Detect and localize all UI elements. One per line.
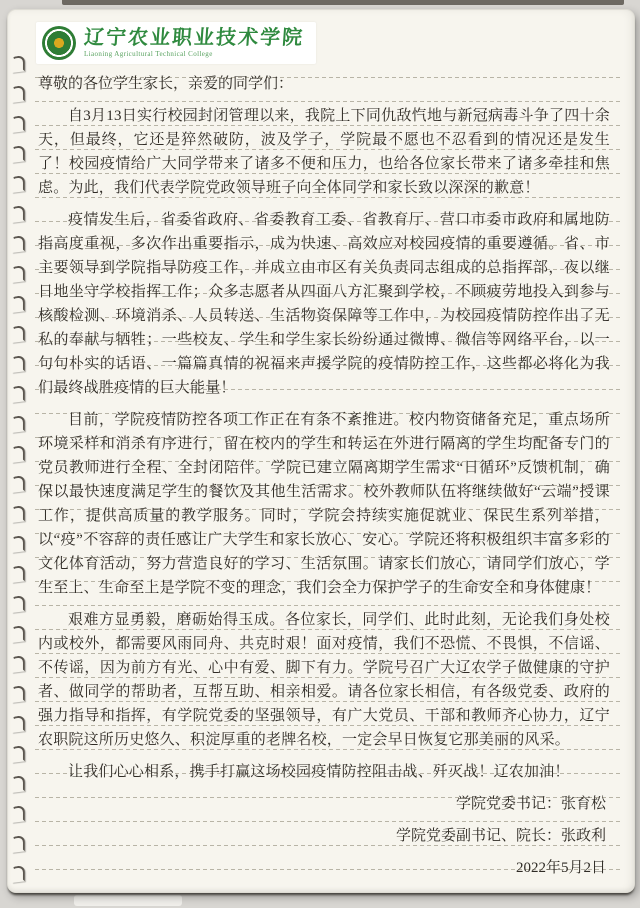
binding-ring-icon — [12, 265, 25, 283]
binding-ring-icon — [12, 805, 25, 823]
binding-ring-icon — [12, 445, 25, 463]
school-emblem-icon — [42, 26, 76, 60]
letter-page: 辽宁农业职业技术学院 Liaoning Agricultural Technic… — [7, 9, 635, 893]
letter-content: 辽宁农业职业技术学院 Liaoning Agricultural Technic… — [38, 20, 610, 884]
binding-ring-icon — [12, 475, 25, 493]
letter-paragraph: 艰难方显勇毅，磨砺始得玉成。各位家长，同学们、此时此刻，无论我们身处校内或校外，… — [38, 608, 610, 752]
backdrop-edge — [62, 0, 624, 5]
binding-ring-icon — [12, 745, 25, 763]
binding-ring-icon — [12, 385, 25, 403]
binding-ring-icon — [12, 115, 25, 133]
signature-president: 学院党委副书记、院长：张政利 — [38, 824, 606, 848]
school-name: 辽宁农业职业技术学院 — [83, 27, 305, 49]
binding-ring-icon — [12, 235, 25, 253]
binding-ring-icon — [12, 565, 25, 583]
binding-ring-icon — [12, 175, 25, 193]
letter-paragraph: 目前，学院疫情防控各项工作正在有条不紊推进。校内物资储备充足，重点场所环境采样和… — [38, 408, 610, 600]
school-name-english: Liaoning Agricultural Technical College — [84, 51, 304, 59]
binding-ring-icon — [12, 715, 25, 733]
letterhead: 辽宁农业职业技术学院 Liaoning Agricultural Technic… — [36, 22, 316, 64]
letter-date: 2022年5月2日 — [38, 856, 606, 880]
school-name-block: 辽宁农业职业技术学院 Liaoning Agricultural Technic… — [84, 27, 304, 59]
binding-ring-icon — [12, 415, 25, 433]
letter-paragraph: 疫情发生后，省委省政府、省委教育工委、省教育厅、营口市委市政府和属地防指高度重视… — [38, 208, 610, 400]
binding-ring-icon — [12, 325, 25, 343]
binding-ring-icon — [12, 505, 25, 523]
spiral-binding — [12, 56, 28, 882]
binding-ring-icon — [12, 775, 25, 793]
binding-ring-icon — [12, 535, 25, 553]
backdrop-patch — [74, 895, 182, 906]
binding-ring-icon — [12, 595, 25, 613]
signature-secretary: 学院党委书记：张育松 — [38, 792, 606, 816]
letter-paragraph: 自3月13日实行校园封闭管理以来，我院上下同仇敌忾地与新冠病毒斗争了四十余天，但… — [38, 104, 610, 200]
binding-ring-icon — [12, 355, 25, 373]
binding-ring-icon — [12, 865, 25, 883]
binding-ring-icon — [12, 835, 25, 853]
binding-ring-icon — [12, 655, 25, 673]
binding-ring-icon — [12, 145, 25, 163]
binding-ring-icon — [12, 205, 25, 223]
binding-ring-icon — [12, 55, 25, 73]
binding-ring-icon — [12, 625, 25, 643]
letter-paragraph: 让我们心心相系，携手打赢这场校园疫情防控阻击战、歼灭战！辽农加油！ — [38, 760, 610, 784]
salutation: 尊敬的各位学生家长，亲爱的同学们： — [38, 72, 610, 96]
binding-ring-icon — [12, 295, 25, 313]
binding-ring-icon — [12, 685, 25, 703]
photo-background: 辽宁农业职业技术学院 Liaoning Agricultural Technic… — [0, 0, 640, 908]
binding-ring-icon — [12, 85, 25, 103]
